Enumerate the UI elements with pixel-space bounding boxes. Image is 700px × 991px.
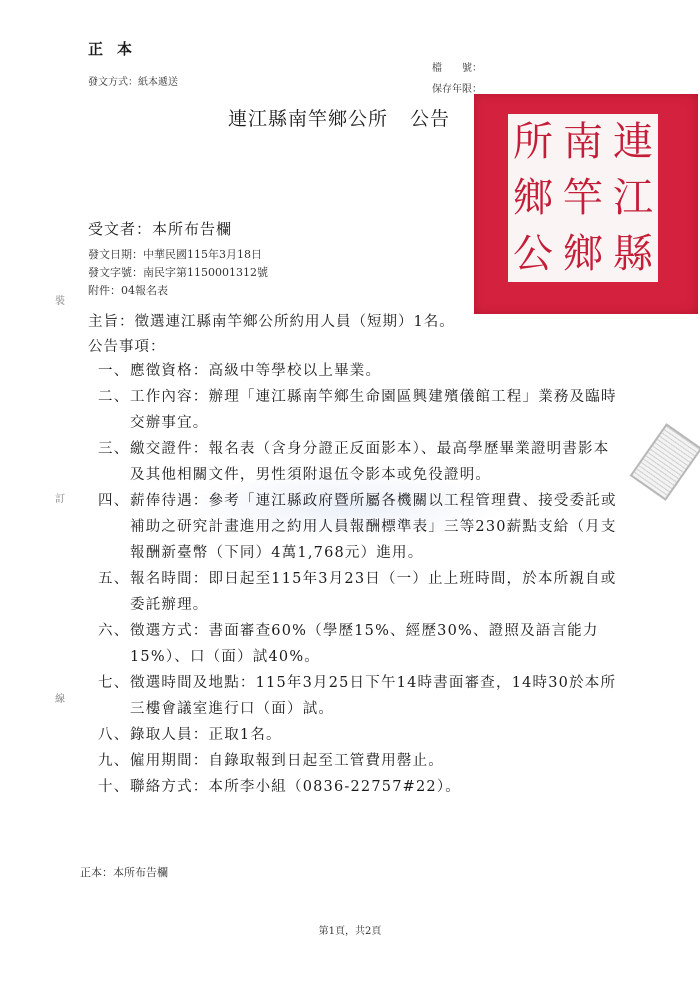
item-number: 一、 <box>98 358 130 384</box>
section-title: 公告事項： <box>88 335 166 356</box>
issue-date: 發文日期：中華民國115年3月18日 <box>88 246 262 262</box>
send-method: 發文方式：紙本遞送 <box>88 73 178 88</box>
item-number: 六、 <box>98 618 130 670</box>
seal-char: 江 <box>608 170 658 226</box>
binding-mark-zhuang: 裝 <box>55 292 65 307</box>
binding-mark-xian: 線 <box>55 690 65 705</box>
item-text: 應徵資格：高級中等學校以上畢業。 <box>130 358 618 384</box>
item-text: 報名時間：即日起至115年3月23日（一）止上班時間，於本所親自或委託辦理。 <box>130 566 618 618</box>
agency-name: 連江縣南竿鄉公所 <box>228 108 388 130</box>
notice-items: 一、應徵資格：高級中等學校以上畢業。 二、工作內容：辦理「連江縣南竿鄉生命園區興… <box>98 358 618 800</box>
retention-label: 保存年限： <box>432 80 482 95</box>
copy-mark: 正本 <box>88 38 146 59</box>
file-number-label: 檔 號： <box>432 59 482 74</box>
list-item: 九、僱用期間：自錄取報到日起至工管費用罄止。 <box>98 748 618 774</box>
list-item: 一、應徵資格：高級中等學校以上畢業。 <box>98 358 618 384</box>
seal-char: 縣 <box>608 226 658 282</box>
item-text: 工作內容：辦理「連江縣南竿鄉生命園區興建殯儀館工程」業務及臨時交辦事宜。 <box>130 384 618 436</box>
list-item: 十、聯絡方式：本所李小組（0836-22757#22）。 <box>98 774 618 800</box>
seal-char: 竿 <box>558 170 608 226</box>
seal-char: 公 <box>508 226 558 282</box>
item-text: 徵選方式：書面審查60%（學歷15%、經歷30%、證照及語言能力15%）、口（面… <box>130 618 618 670</box>
list-item: 六、徵選方式：書面審查60%（學歷15%、經歷30%、證照及語言能力15%）、口… <box>98 618 618 670</box>
seal-char: 鄉 <box>508 170 558 226</box>
seal-char: 鄉 <box>558 226 608 282</box>
item-text: 薪俸待遇：參考「連江縣政府暨所屬各機關以工程管理費、接受委託或補助之研究計畫進用… <box>130 488 618 566</box>
item-text: 繳交證件：報名表（含身分證正反面影本）、最高學歷畢業證明書影本及其他相關文件，男… <box>130 436 618 488</box>
seal-char: 南 <box>558 114 608 170</box>
recipient: 受文者：本所布告欄 <box>88 218 232 239</box>
item-number: 二、 <box>98 384 130 436</box>
list-item: 八、錄取人員：正取1名。 <box>98 722 618 748</box>
attachment: 附件：04報名表 <box>88 282 168 298</box>
item-number: 十、 <box>98 774 130 800</box>
item-text: 錄取人員：正取1名。 <box>130 722 618 748</box>
item-text: 聯絡方式：本所李小組（0836-22757#22）。 <box>130 774 618 800</box>
document-title: 連江縣南竿鄉公所公告 <box>228 104 450 131</box>
item-number: 八、 <box>98 722 130 748</box>
official-seal: 所 南 連 鄉 竿 江 公 鄉 縣 <box>474 94 698 314</box>
list-item: 五、報名時間：即日起至115年3月23日（一）止上班時間，於本所親自或委託辦理。 <box>98 566 618 618</box>
subject: 主旨：徵選連江縣南竿鄉公所約用人員（短期）1名。 <box>88 310 455 331</box>
binding-mark-ding: 訂 <box>55 490 65 505</box>
item-number: 九、 <box>98 748 130 774</box>
list-item: 三、繳交證件：報名表（含身分證正反面影本）、最高學歷畢業證明書影本及其他相關文件… <box>98 436 618 488</box>
list-item: 二、工作內容：辦理「連江縣南竿鄉生命園區興建殯儀館工程」業務及臨時交辦事宜。 <box>98 384 618 436</box>
item-number: 三、 <box>98 436 130 488</box>
item-number: 五、 <box>98 566 130 618</box>
list-item: 七、徵選時間及地點：115年3月25日下午14時書面審查，14時30於本所三樓會… <box>98 670 618 722</box>
item-text: 僱用期間：自錄取報到日起至工管費用罄止。 <box>130 748 618 774</box>
item-number: 四、 <box>98 488 130 566</box>
list-item: 四、薪俸待遇：參考「連江縣政府暨所屬各機關以工程管理費、接受委託或補助之研究計畫… <box>98 488 618 566</box>
item-number: 七、 <box>98 670 130 722</box>
page-number: 第1頁，共2頁 <box>0 922 700 937</box>
doc-type: 公告 <box>410 108 450 130</box>
doc-number: 發文字號：南民字第1150001312號 <box>88 264 268 280</box>
carbon-copy: 正本：本所布告欄 <box>80 864 168 880</box>
partial-stamp-icon <box>630 423 700 501</box>
item-text: 徵選時間及地點：115年3月25日下午14時書面審查，14時30於本所三樓會議室… <box>130 670 618 722</box>
seal-char: 所 <box>508 114 558 170</box>
seal-char: 連 <box>608 114 658 170</box>
seal-inner: 所 南 連 鄉 竿 江 公 鄉 縣 <box>508 114 658 282</box>
